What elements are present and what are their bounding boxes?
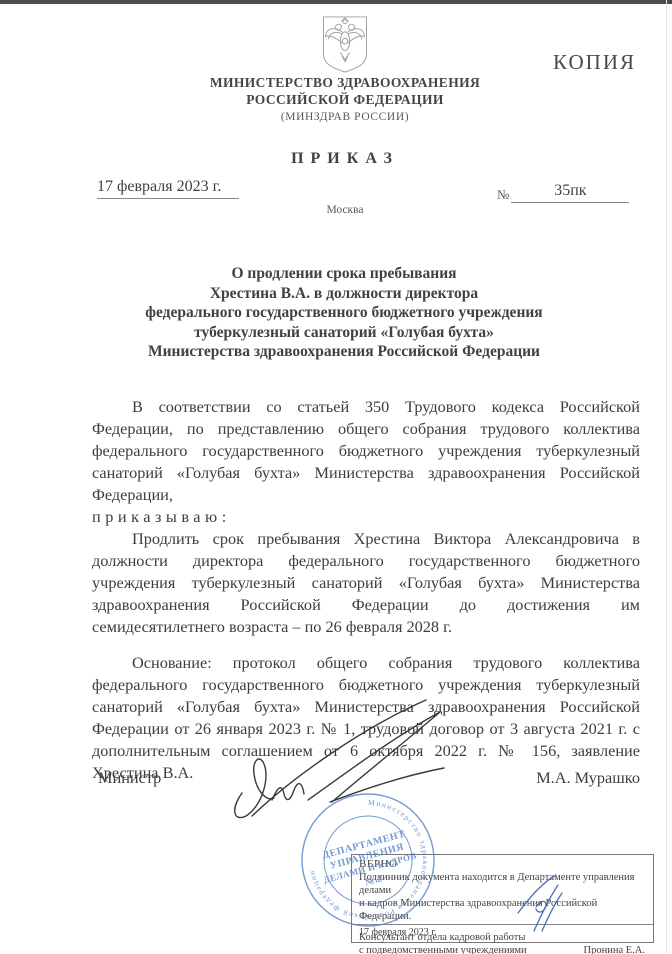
certification-line1: Подлинник документа находится в Департам…	[359, 871, 647, 897]
certification-line2: и кадров Министерства здравоохранения Ро…	[359, 897, 647, 923]
ministry-short-name: (МИНЗДРАВ РОССИИ)	[170, 109, 520, 125]
copy-stamp-label: КОПИЯ	[553, 50, 636, 75]
order-title-line: Хрестина В.А. в должности директора	[56, 284, 632, 304]
certification-date: 17 февраля 2023 г.	[359, 926, 437, 939]
order-number: 35пк	[511, 182, 629, 203]
order-number-block: №35пк	[497, 182, 629, 203]
number-sign: №	[497, 187, 509, 202]
scan-right-edge	[666, 0, 667, 954]
order-city: Москва	[0, 204, 672, 216]
date-number-row: 17 февраля 2023 г. №35пк	[0, 178, 672, 204]
ministry-name-line1: МИНИСТЕРСТВО ЗДРАВООХРАНЕНИЯ	[170, 74, 520, 91]
certification-text: ВЕРНО Подлинник документа находится в Де…	[359, 858, 647, 954]
minister-handwritten-signature	[212, 698, 452, 838]
signer-name: М.А. Мурашко	[536, 768, 640, 788]
certification-box: ВЕРНО Подлинник документа находится в Де…	[351, 854, 654, 943]
russian-coat-of-arms-icon	[317, 12, 373, 76]
signer-position: Министр	[98, 768, 161, 788]
document-type-heading: ПРИКАЗ	[0, 150, 672, 168]
ministry-header: МИНИСТЕРСТВО ЗДРАВООХРАНЕНИЯ РОССИЙСКОЙ …	[170, 74, 520, 125]
body-paragraph-1: В соответствии со статьей 350 Трудового …	[92, 396, 640, 506]
certifier-handwritten-signature	[512, 873, 568, 935]
prikaz-keyword: приказываю:	[92, 506, 640, 528]
order-title-line: О продлении срока пребывания	[56, 264, 632, 284]
order-document-page: МИНИСТЕРСТВО ЗДРАВООХРАНЕНИЯ РОССИЙСКОЙ …	[0, 0, 672, 954]
order-title: О продлении срока пребывания Хрестина В.…	[56, 264, 632, 362]
verno-label: ВЕРНО	[359, 858, 647, 871]
order-title-line: федерального государственного бюджетного…	[56, 303, 632, 323]
order-title-line: туберкулезный санаторий «Голубая бухта»	[56, 323, 632, 343]
body-paragraph-2: Продлить срок пребывания Хрестина Виктор…	[92, 528, 640, 638]
certification-divider	[352, 924, 653, 925]
scan-top-edge	[0, 0, 672, 4]
ministry-name-line2: РОССИЙСКОЙ ФЕДЕРАЦИИ	[170, 91, 520, 108]
certifier-name: Пронина Е.А.	[584, 944, 645, 954]
order-title-line: Министерства здравоохранения Российской …	[56, 342, 632, 362]
order-date: 17 февраля 2023 г.	[97, 178, 239, 199]
